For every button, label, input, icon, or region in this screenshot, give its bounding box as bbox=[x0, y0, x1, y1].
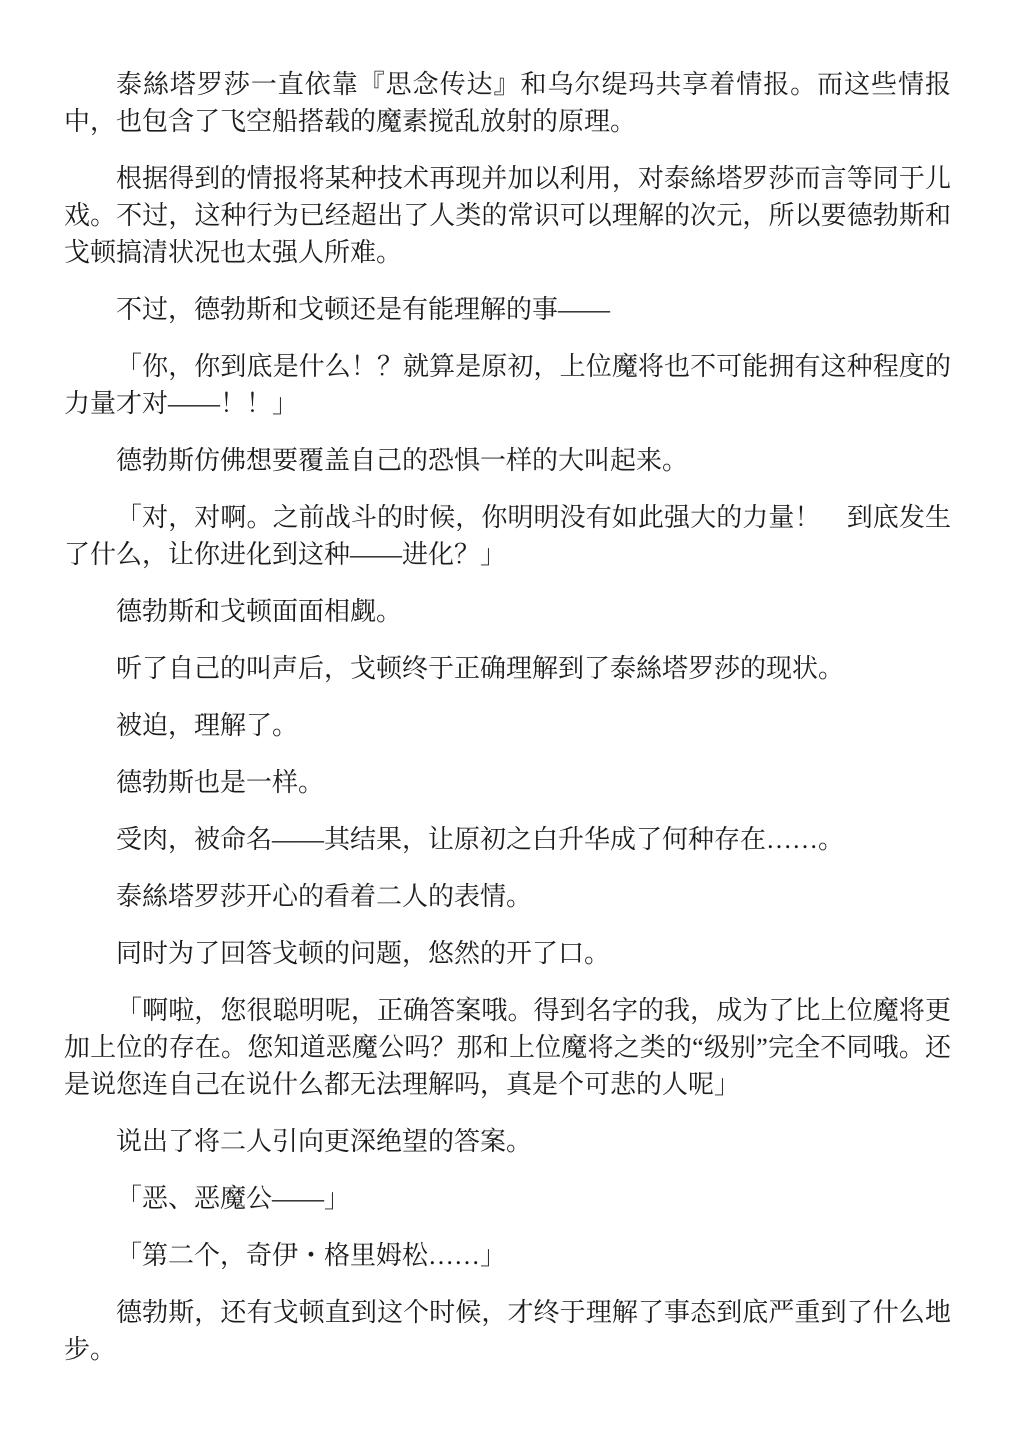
document-page: 泰絲塔罗莎一直依靠『思念传达』和乌尔缇玛共享着情报。而这些情报中，也包含了飞空船… bbox=[0, 0, 1017, 1437]
paragraph-dialogue: 「第二个，奇伊・格里姆松……」 bbox=[64, 1237, 951, 1274]
paragraph: 德勃斯和戈顿面面相觑。 bbox=[64, 593, 951, 630]
paragraph: 听了自己的叫声后，戈顿终于正确理解到了泰絲塔罗莎的现状。 bbox=[64, 650, 951, 687]
paragraph: 德勃斯也是一样。 bbox=[64, 764, 951, 801]
paragraph-dialogue: 「对，对啊。之前战斗的时候，你明明没有如此强大的力量！ 到底发生了什么，让你进化… bbox=[64, 499, 951, 573]
paragraph: 根据得到的情报将某种技术再现并加以利用，对泰絲塔罗莎而言等同于儿戏。不过，这种行… bbox=[64, 160, 951, 271]
paragraph: 泰絲塔罗莎一直依靠『思念传达』和乌尔缇玛共享着情报。而这些情报中，也包含了飞空船… bbox=[64, 66, 951, 140]
paragraph: 德勃斯仿佛想要覆盖自己的恐惧一样的大叫起来。 bbox=[64, 442, 951, 479]
paragraph: 泰絲塔罗莎开心的看着二人的表情。 bbox=[64, 878, 951, 915]
paragraph-dialogue: 「你，你到底是什么！？就算是原初，上位魔将也不可能拥有这种程度的力量才对——！！… bbox=[64, 348, 951, 422]
paragraph-dialogue: 「恶、恶魔公——」 bbox=[64, 1180, 951, 1217]
paragraph: 受肉，被命名——其结果，让原初之白升华成了何种存在……。 bbox=[64, 821, 951, 858]
paragraph: 被迫，理解了。 bbox=[64, 707, 951, 744]
paragraph: 同时为了回答戈顿的问题，悠然的开了口。 bbox=[64, 935, 951, 972]
paragraph: 说出了将二人引向更深绝望的答案。 bbox=[64, 1123, 951, 1160]
paragraph-dialogue: 「啊啦，您很聪明呢，正确答案哦。得到名字的我，成为了比上位魔将更加上位的存在。您… bbox=[64, 992, 951, 1103]
paragraph: 不过，德勃斯和戈顿还是有能理解的事—— bbox=[64, 291, 951, 328]
paragraph: 德勃斯，还有戈顿直到这个时候，才终于理解了事态到底严重到了什么地步。 bbox=[64, 1294, 951, 1368]
